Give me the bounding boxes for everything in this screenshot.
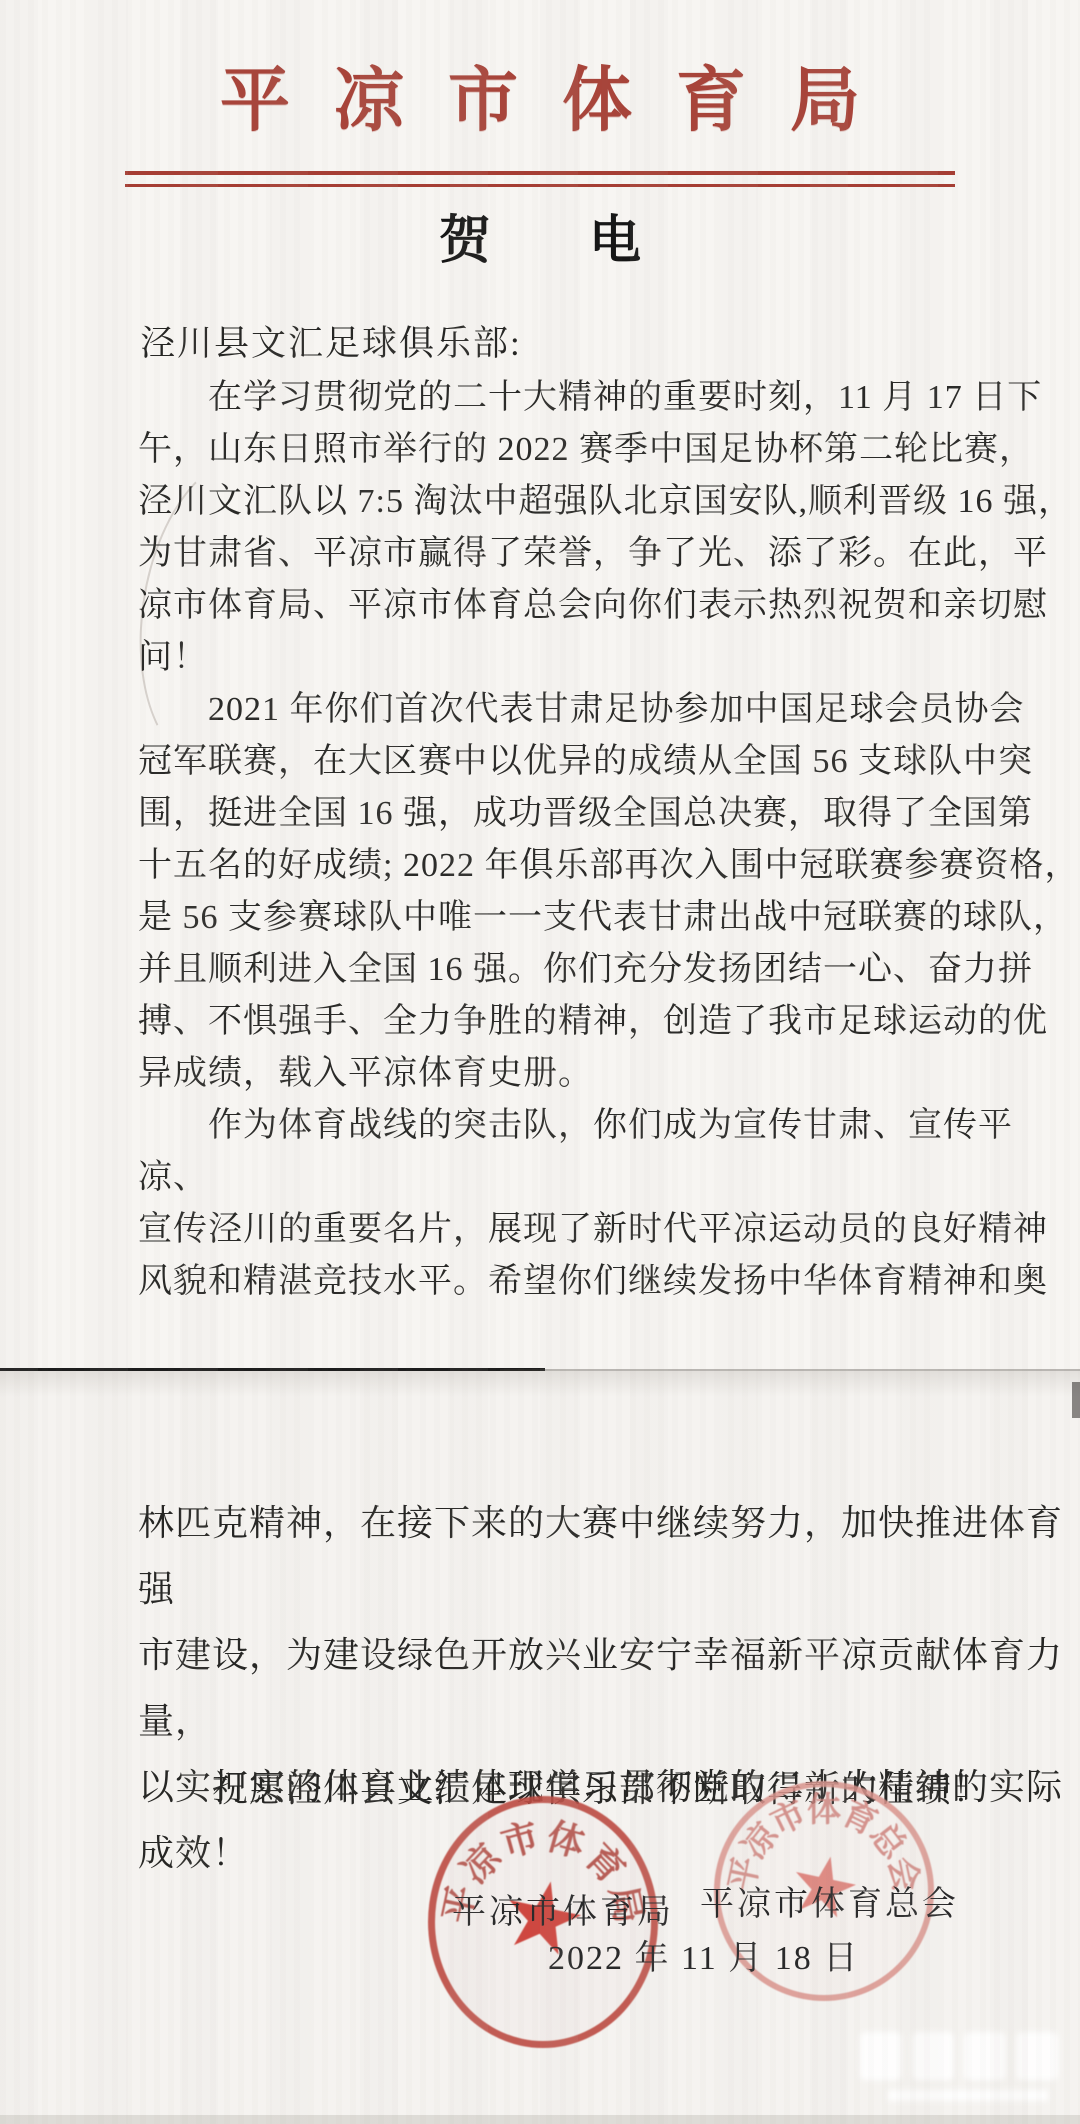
- document-title-char-1: 贺: [439, 198, 491, 273]
- watermark-glyph: [860, 2032, 902, 2080]
- date-line: 2022 年 11 月 18 日: [548, 1930, 859, 1979]
- letterhead-divider-rule: [125, 171, 955, 187]
- watermark-glyph: [964, 2032, 1006, 2080]
- page-break-line-faint: [500, 1369, 1080, 1371]
- page-break-edge-mark: [1072, 1382, 1080, 1418]
- paragraph-1: 在学习贯彻党的二十大精神的重要时刻，11 月 17 日下 午，山东日照市举行的 …: [138, 372, 1073, 684]
- seal-ring-char: 市: [498, 1818, 544, 1864]
- signature-sports-bureau: 平凉市体育局: [452, 1884, 674, 1933]
- salutation: 泾川县文汇足球俱乐部:: [140, 316, 522, 366]
- watermark-subline: [888, 2090, 1048, 2101]
- page-break-line: [0, 1368, 545, 1371]
- scanned-letter-screenshot: { "document": { "letterhead": "平凉市体育局", …: [0, 0, 1080, 2124]
- paragraph-2: 2021 年你们首次代表甘肃足协参加中国足球会员协会 冠军联赛，在大区赛中以优异…: [138, 684, 1079, 1100]
- watermark-glyph: [1016, 2032, 1058, 2080]
- letterhead-title: 平凉市体育局: [0, 44, 1080, 145]
- seal-ring-char: 体: [807, 1794, 841, 1828]
- signature-sports-federation: 平凉市体育总会: [700, 1876, 959, 1925]
- watermark: [860, 2032, 1075, 2112]
- watermark-glyph: [912, 2032, 954, 2080]
- seal-ring-char: 体: [543, 1818, 589, 1864]
- document-title: 贺 电: [0, 198, 1080, 273]
- seal-ring-char: 凉: [456, 1838, 508, 1890]
- paragraph-3: 作为体育战线的突击队，你们成为宣传甘肃、宣传平凉、 宣传泾川的重要名片，展现了新…: [138, 1100, 1080, 1308]
- document-title-char-2: 电: [589, 198, 641, 273]
- letter-page: 平凉市体育局 贺 电 泾川县文汇足球俱乐部: 在学习贯彻党的二十大精神的重要时刻…: [0, 0, 1080, 2124]
- scan-bottom-edge: [0, 2115, 1080, 2124]
